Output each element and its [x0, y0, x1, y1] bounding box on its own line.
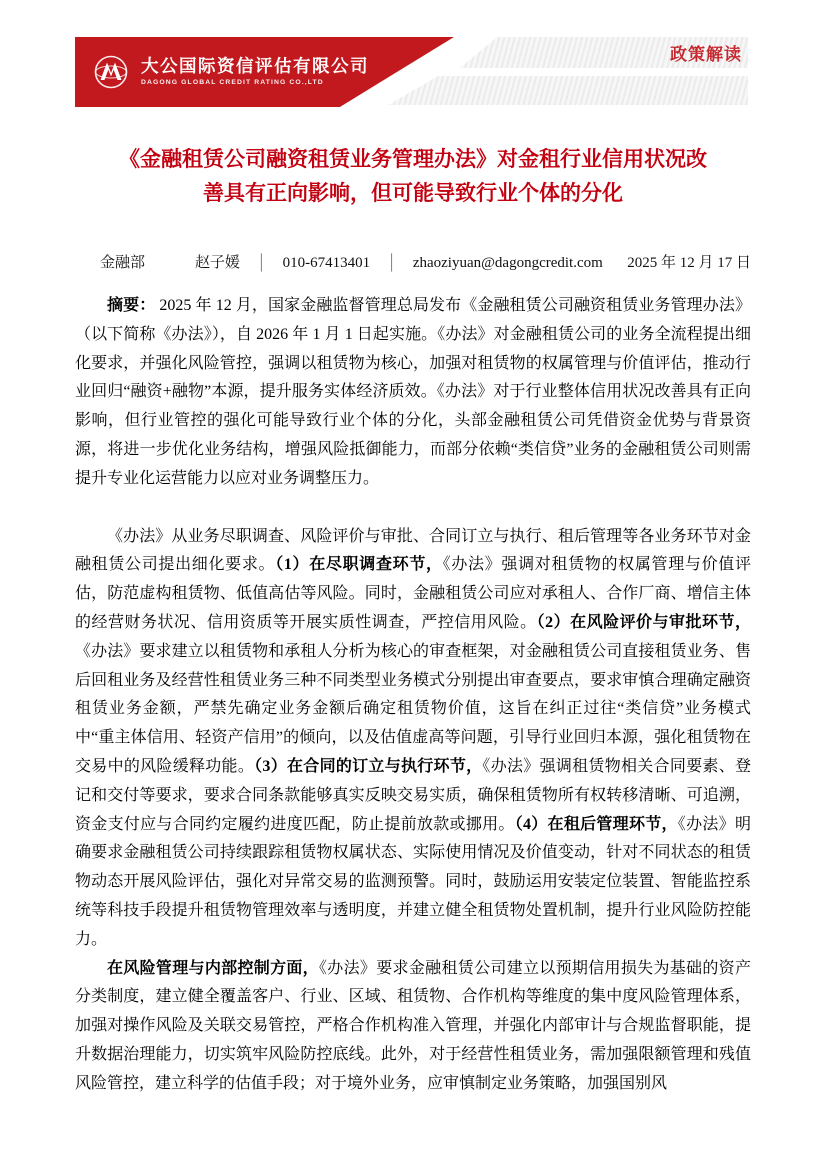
page-title: 《金融租赁公司融资租赁业务管理办法》对金租行业信用状况改 善具有正向影响，但可能…	[75, 143, 751, 211]
article-body: 摘要： 2025 年 12 月，国家金融监督管理总局发布《金融租赁公司融资租赁业…	[75, 292, 751, 1099]
paragraph: 摘要： 2025 年 12 月，国家金融监督管理总局发布《金融租赁公司融资租赁业…	[75, 292, 751, 494]
byline: 金融部 赵子媛 │ 010-67413401 │ zhaoziyuan@dago…	[75, 251, 751, 272]
byline-separator: │	[386, 255, 397, 272]
paragraph-emphasis: （3）在合同的订立与执行环节，	[254, 758, 482, 775]
page-title-line-1: 《金融租赁公司融资租赁业务管理办法》对金租行业信用状况改	[75, 143, 751, 177]
decor-stripe-top: 政策解读	[400, 37, 748, 68]
company-name-en: DAGONG GLOBAL CREDIT RATING CO.,LTD	[141, 79, 369, 86]
paragraph-text: 《办法》明确要求金融租赁公司持续跟踪租赁物权属状态、实际使用情况及价值变动，针对…	[75, 816, 751, 948]
paragraph-text: 《办法》要求金融租赁公司建立以预期信用损失为基础的资产分类制度，建立健全覆盖客户…	[75, 960, 751, 1092]
page-title-line-2: 善具有正向影响，但可能导致行业个体的分化	[75, 177, 751, 211]
brand-banner: 大公国际资信评估有限公司 DAGONG GLOBAL CREDIT RATING…	[75, 37, 454, 107]
paragraph-emphasis: 在风险管理与内部控制方面，	[107, 960, 319, 977]
dagong-globe-peaks-icon	[91, 52, 131, 92]
brand-text: 大公国际资信评估有限公司 DAGONG GLOBAL CREDIT RATING…	[141, 57, 369, 87]
byline-email: zhaoziyuan@dagongcredit.com	[413, 255, 603, 272]
paragraph-emphasis: （4）在租后管理环节，	[515, 816, 678, 833]
paragraph-text: 《办法》要求建立以租赁物和承租人分析为核心的审查框架，对金融租赁公司直接租赁业务…	[75, 643, 751, 775]
byline-separator: │	[256, 255, 267, 272]
paragraph-emphasis: （2）在风险评价与审批环节，	[537, 614, 751, 631]
byline-phone: 010-67413401	[283, 255, 371, 272]
document-page: 大公国际资信评估有限公司 DAGONG GLOBAL CREDIT RATING…	[0, 0, 826, 1169]
paragraph: 《办法》从业务尽职调查、风险评价与审批、合同订立与执行、租后管理等各业务环节对金…	[75, 523, 751, 955]
byline-department: 金融部	[100, 251, 145, 272]
paragraph: 在风险管理与内部控制方面，《办法》要求金融租赁公司建立以预期信用损失为基础的资产…	[75, 955, 751, 1099]
byline-author: 赵子媛	[195, 251, 240, 272]
doc-category-tag: 政策解读	[670, 40, 742, 65]
paragraph-emphasis: （1）在尽职调查环节，	[275, 556, 443, 573]
paragraph-text: 2025 年 12 月，国家金融监督管理总局发布《金融租赁公司融资租赁业务管理办…	[75, 297, 751, 487]
byline-date: 2025 年 12 月 17 日	[627, 251, 751, 272]
header: 大公国际资信评估有限公司 DAGONG GLOBAL CREDIT RATING…	[0, 0, 826, 107]
paragraph-emphasis: 摘要：	[107, 297, 155, 314]
decor-stripe-bottom	[380, 76, 748, 105]
company-name-cn: 大公国际资信评估有限公司	[141, 57, 369, 76]
